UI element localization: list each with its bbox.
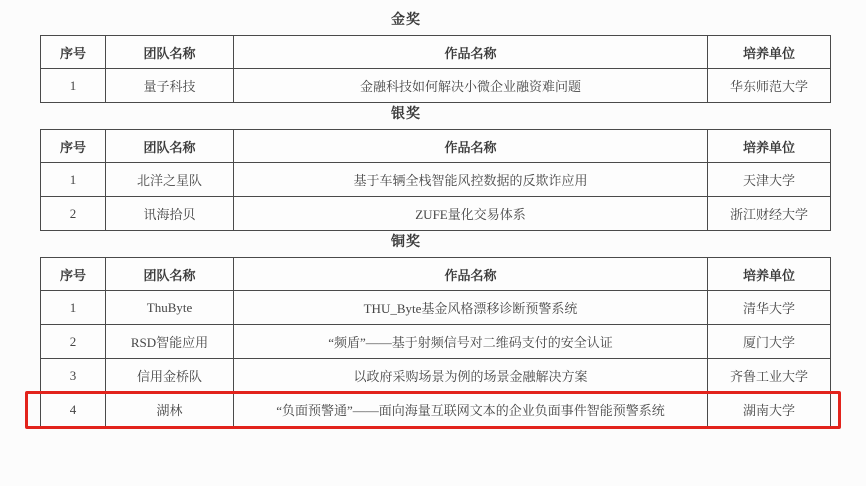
bronze-award-title: 铜奖 bbox=[11, 231, 801, 251]
table-row: 2讯海拾贝ZUFE量化交易体系浙江财经大学 bbox=[41, 197, 831, 231]
cell-index: 1 bbox=[41, 291, 106, 325]
cell-index: 1 bbox=[41, 163, 106, 197]
cell-index: 3 bbox=[41, 359, 106, 393]
header-row: 序号团队名称作品名称培养单位 bbox=[41, 258, 831, 291]
table-row: 3信用金桥队以政府采购场景为例的场景金融解决方案齐鲁工业大学 bbox=[41, 359, 831, 393]
column-header: 团队名称 bbox=[106, 36, 234, 69]
cell-work-name: “负面预警通”——面向海量互联网文本的企业负面事件智能预警系统 bbox=[234, 393, 708, 427]
column-header: 作品名称 bbox=[234, 36, 708, 69]
bronze-award-table: 序号团队名称作品名称培养单位 1ThuByteTHU_Byte基金风格漂移诊断预… bbox=[40, 257, 831, 427]
cell-team-name: 量子科技 bbox=[106, 69, 234, 103]
table-row: 1量子科技金融科技如何解决小微企业融资难问题华东师范大学 bbox=[41, 69, 831, 103]
cell-team-name: ThuByte bbox=[106, 291, 234, 325]
cell-team-name: 湖林 bbox=[106, 393, 234, 427]
table-row: 1北洋之星队基于车辆全栈智能风控数据的反欺诈应用天津大学 bbox=[41, 163, 831, 197]
section-gold-award: 金奖 序号团队名称作品名称培养单位 1量子科技金融科技如何解决小微企业融资难问题… bbox=[0, 9, 866, 103]
header-row: 序号团队名称作品名称培养单位 bbox=[41, 130, 831, 163]
cell-team-name: 讯海拾贝 bbox=[106, 197, 234, 231]
cell-unit: 浙江财经大学 bbox=[708, 197, 831, 231]
column-header: 团队名称 bbox=[106, 258, 234, 291]
column-header: 培养单位 bbox=[708, 36, 831, 69]
column-header: 作品名称 bbox=[234, 258, 708, 291]
cell-unit: 清华大学 bbox=[708, 291, 831, 325]
cell-unit: 华东师范大学 bbox=[708, 69, 831, 103]
cell-index: 4 bbox=[41, 393, 106, 427]
silver-award-title: 银奖 bbox=[11, 103, 801, 123]
table-body: 1量子科技金融科技如何解决小微企业融资难问题华东师范大学 bbox=[41, 69, 831, 103]
cell-work-name: 以政府采购场景为例的场景金融解决方案 bbox=[234, 359, 708, 393]
table-header: 序号团队名称作品名称培养单位 bbox=[41, 36, 831, 69]
column-header: 序号 bbox=[41, 36, 106, 69]
table-body: 1北洋之星队基于车辆全栈智能风控数据的反欺诈应用天津大学2讯海拾贝ZUFE量化交… bbox=[41, 163, 831, 231]
cell-index: 1 bbox=[41, 69, 106, 103]
cell-unit: 湖南大学 bbox=[708, 393, 831, 427]
column-header: 作品名称 bbox=[234, 130, 708, 163]
header-row: 序号团队名称作品名称培养单位 bbox=[41, 36, 831, 69]
gold-award-title: 金奖 bbox=[11, 9, 801, 29]
cell-work-name: THU_Byte基金风格漂移诊断预警系统 bbox=[234, 291, 708, 325]
section-bronze-award: 铜奖 序号团队名称作品名称培养单位 1ThuByteTHU_Byte基金风格漂移… bbox=[0, 231, 866, 427]
table-body: 1ThuByteTHU_Byte基金风格漂移诊断预警系统清华大学2RSD智能应用… bbox=[41, 291, 831, 427]
award-list-document: 金奖 序号团队名称作品名称培养单位 1量子科技金融科技如何解决小微企业融资难问题… bbox=[0, 0, 866, 486]
table-header: 序号团队名称作品名称培养单位 bbox=[41, 130, 831, 163]
column-header: 培养单位 bbox=[708, 130, 831, 163]
cell-work-name: ZUFE量化交易体系 bbox=[234, 197, 708, 231]
cell-team-name: RSD智能应用 bbox=[106, 325, 234, 359]
column-header: 培养单位 bbox=[708, 258, 831, 291]
gold-award-table: 序号团队名称作品名称培养单位 1量子科技金融科技如何解决小微企业融资难问题华东师… bbox=[40, 35, 831, 103]
cell-work-name: “频盾”——基于射频信号对二维码支付的安全认证 bbox=[234, 325, 708, 359]
column-header: 团队名称 bbox=[106, 130, 234, 163]
cell-work-name: 金融科技如何解决小微企业融资难问题 bbox=[234, 69, 708, 103]
cell-unit: 厦门大学 bbox=[708, 325, 831, 359]
cell-work-name: 基于车辆全栈智能风控数据的反欺诈应用 bbox=[234, 163, 708, 197]
cell-team-name: 信用金桥队 bbox=[106, 359, 234, 393]
column-header: 序号 bbox=[41, 258, 106, 291]
column-header: 序号 bbox=[41, 130, 106, 163]
table-row: 2RSD智能应用“频盾”——基于射频信号对二维码支付的安全认证厦门大学 bbox=[41, 325, 831, 359]
silver-award-table: 序号团队名称作品名称培养单位 1北洋之星队基于车辆全栈智能风控数据的反欺诈应用天… bbox=[40, 129, 831, 231]
table-header: 序号团队名称作品名称培养单位 bbox=[41, 258, 831, 291]
cell-team-name: 北洋之星队 bbox=[106, 163, 234, 197]
table-row: 1ThuByteTHU_Byte基金风格漂移诊断预警系统清华大学 bbox=[41, 291, 831, 325]
table-row: 4湖林“负面预警通”——面向海量互联网文本的企业负面事件智能预警系统湖南大学 bbox=[41, 393, 831, 427]
cell-unit: 齐鲁工业大学 bbox=[708, 359, 831, 393]
cell-unit: 天津大学 bbox=[708, 163, 831, 197]
section-silver-award: 银奖 序号团队名称作品名称培养单位 1北洋之星队基于车辆全栈智能风控数据的反欺诈… bbox=[0, 103, 866, 231]
cell-index: 2 bbox=[41, 197, 106, 231]
cell-index: 2 bbox=[41, 325, 106, 359]
